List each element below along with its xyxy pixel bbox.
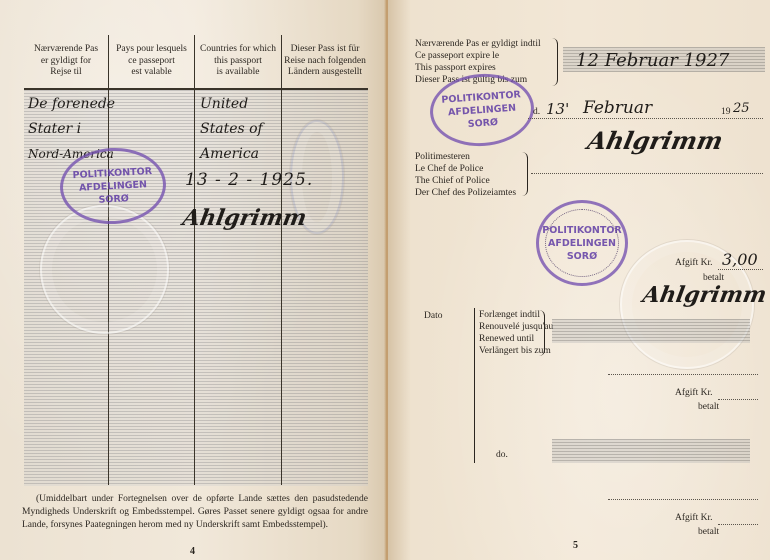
- brace: [521, 152, 528, 196]
- fee-label: Afgift Kr.: [675, 258, 712, 268]
- footnote: (Umiddelbart under Fortegnelsen over de …: [22, 493, 368, 532]
- signature-line: [531, 173, 763, 174]
- handwritten-date: 13 - 2 - 1925.: [185, 170, 313, 190]
- fee-signature: Ahlgrimm: [641, 282, 769, 308]
- issue-date-line: [528, 118, 763, 119]
- hand-line: United: [200, 92, 263, 117]
- expiry-date: 12 Februar 1927: [576, 50, 729, 71]
- header-line: is available: [195, 67, 281, 79]
- renewal-date-label: Dato: [424, 311, 442, 321]
- header-line: Rejse til: [24, 67, 108, 79]
- header-line: Dieser Pass ist für: [282, 44, 368, 56]
- header-line: Nærværende Pas: [24, 44, 108, 56]
- column-divider: [281, 35, 282, 485]
- stamp-dotted-ring: [545, 209, 619, 277]
- renewal-field-2: [552, 439, 750, 463]
- issue-day: 13': [546, 100, 569, 118]
- label-line: Der Chef des Polizeiamtes: [415, 187, 516, 199]
- stamp-line: SORØ: [98, 192, 129, 207]
- brace: [551, 38, 558, 86]
- fee-label: Afgift Kr.: [675, 388, 712, 398]
- header-line: Pays pour lesquels: [109, 44, 194, 56]
- label-line: The Chief of Police: [415, 175, 516, 187]
- stamp-line: SORØ: [467, 115, 498, 130]
- header-line: ce passeport: [109, 56, 194, 68]
- embossed-seal: [40, 205, 169, 334]
- page-number: 5: [573, 540, 578, 551]
- chief-labels: Politimesteren Le Chef de Police The Chi…: [415, 151, 516, 199]
- header-line: Reise nach folgenden: [282, 56, 368, 68]
- fee-line: [718, 399, 758, 400]
- header-french: Pays pour lesquels ce passeport est vala…: [109, 44, 194, 79]
- header-line: Countries for which: [195, 44, 281, 56]
- hand-line: De forenede: [28, 92, 115, 117]
- fee-line: [718, 524, 758, 525]
- brace: [538, 310, 545, 356]
- issue-year: 25: [733, 101, 750, 116]
- right-page: Nærværende Pas er gyldigt indtil Ce pass…: [388, 0, 770, 560]
- fee-label: Afgift Kr.: [675, 513, 712, 523]
- header-german: Dieser Pass ist für Reise nach folgenden…: [282, 44, 368, 79]
- ditto-label: do.: [496, 450, 508, 460]
- fee-paid-label: betalt: [698, 527, 719, 537]
- police-stamp-middle: POLITIKONTOR AFDELINGEN SORØ: [536, 200, 628, 286]
- label-line: Politimesteren: [415, 151, 516, 163]
- fee-line: [718, 269, 763, 270]
- handwritten-countries-english: United States of America: [200, 92, 263, 167]
- hand-line: America: [200, 142, 263, 167]
- signature-line: [608, 374, 758, 375]
- label-line: Nærværende Pas er gyldigt indtil: [415, 38, 541, 50]
- signature: Ahlgrimm: [181, 205, 309, 231]
- renewal-divider: [474, 308, 475, 463]
- fee-paid-label: betalt: [698, 402, 719, 412]
- header-danish: Nærværende Pas er gyldigt for Rejse til: [24, 44, 108, 79]
- label-line: Ce passeport expire le: [415, 50, 541, 62]
- column-divider: [194, 35, 195, 485]
- header-line: est valable: [109, 67, 194, 79]
- label-line: Le Chef de Police: [415, 163, 516, 175]
- header-line: er gyldigt for: [24, 56, 108, 68]
- left-page: Nærværende Pas er gyldigt for Rejse til …: [0, 0, 388, 560]
- page-number: 4: [190, 546, 195, 557]
- fee-amount: 3,00: [722, 250, 758, 269]
- chief-signature: Ahlgrimm: [585, 126, 726, 155]
- header-line: this passport: [195, 56, 281, 68]
- renewal-field: [552, 319, 750, 343]
- issue-year-prefix: 19: [721, 107, 731, 117]
- hand-line: States of: [200, 117, 263, 142]
- issue-month: Februar: [583, 98, 652, 118]
- header-english: Countries for which this passport is ava…: [195, 44, 281, 79]
- signature-line: [608, 499, 758, 500]
- header-line: Ländern ausgestellt: [282, 67, 368, 79]
- issue-date-prefix: d.: [533, 107, 540, 117]
- label-line: This passport expires: [415, 62, 541, 74]
- hand-line: Stater i: [28, 117, 115, 142]
